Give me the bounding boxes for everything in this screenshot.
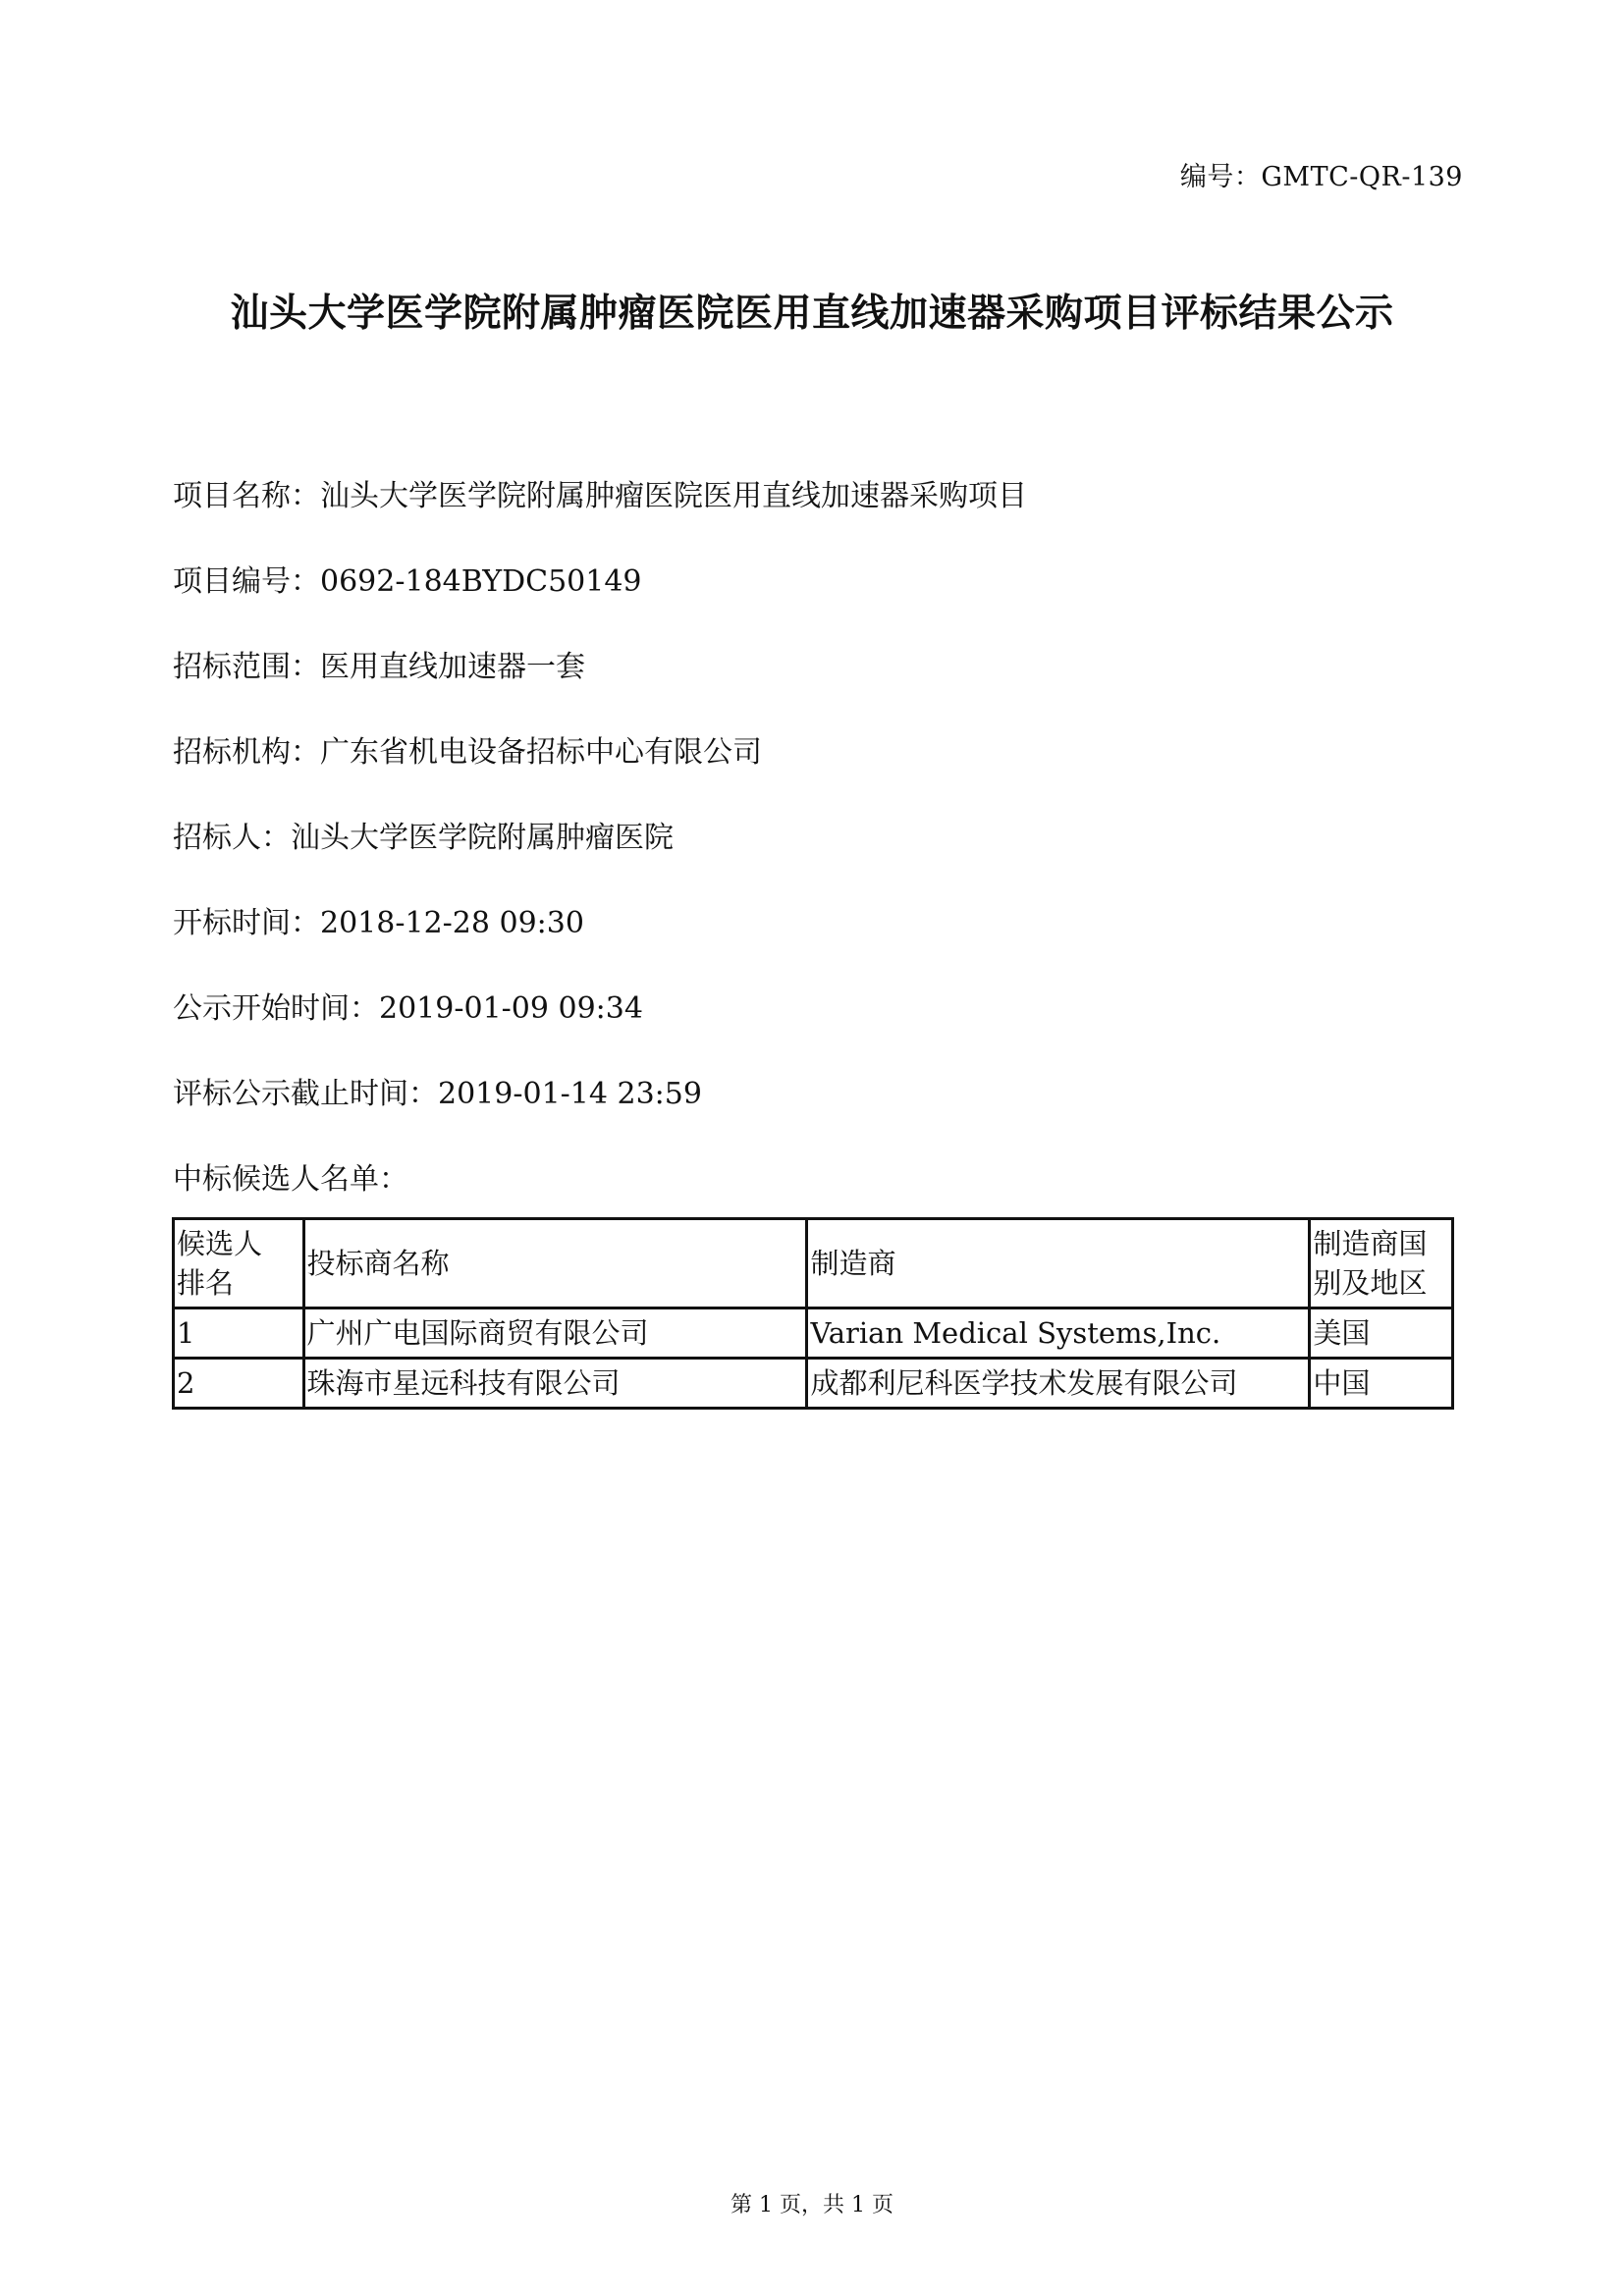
field-tender-scope: 招标范围：医用直线加速器一套 xyxy=(173,642,585,685)
header-country-line2: 别及地区 xyxy=(1313,1266,1427,1300)
cell-bidder: 广州广电国际商贸有限公司 xyxy=(303,1308,807,1359)
field-value: 广东省机电设备招标中心有限公司 xyxy=(320,735,762,770)
field-value: 2019-01-09 09:34 xyxy=(379,991,643,1026)
cell-country: 美国 xyxy=(1310,1308,1453,1359)
field-bid-opening-time: 开标时间：2018-12-28 09:30 xyxy=(173,898,584,941)
field-value: 汕头大学医学院附属肿瘤医院 xyxy=(291,821,674,855)
candidates-list-heading: 中标候选人名单： xyxy=(173,1154,408,1198)
field-value: 汕头大学医学院附属肿瘤医院医用直线加速器采购项目 xyxy=(320,479,1027,513)
field-label: 中标候选人名单： xyxy=(173,1162,408,1197)
field-publicity-start-time: 公示开始时间：2019-01-09 09:34 xyxy=(173,984,643,1027)
field-label: 评标公示截止时间： xyxy=(173,1077,438,1111)
field-value: 2019-01-14 23:59 xyxy=(438,1077,702,1111)
field-value: 医用直线加速器一套 xyxy=(320,650,585,684)
table-row: 1 广州广电国际商贸有限公司 Varian Medical Systems,In… xyxy=(174,1308,1453,1359)
cell-manufacturer: Varian Medical Systems,Inc. xyxy=(807,1308,1310,1359)
header-country: 制造商国 别及地区 xyxy=(1310,1219,1453,1308)
field-label: 招标范围： xyxy=(173,650,320,684)
field-label: 项目名称： xyxy=(173,479,320,513)
page-title: 汕头大学医学院附属肿瘤医院医用直线加速器采购项目评标结果公示 xyxy=(0,283,1624,338)
header-manufacturer: 制造商 xyxy=(807,1219,1310,1308)
field-value: 0692-184BYDC50149 xyxy=(320,564,642,599)
field-label: 公示开始时间： xyxy=(173,991,379,1026)
cell-rank: 1 xyxy=(174,1308,304,1359)
field-label: 招标人： xyxy=(173,821,291,855)
document-code: 编号：GMTC-QR-139 xyxy=(1180,155,1463,193)
field-tender-agency: 招标机构：广东省机电设备招标中心有限公司 xyxy=(173,727,762,771)
header-bidder: 投标商名称 xyxy=(303,1219,807,1308)
field-label: 项目编号： xyxy=(173,564,320,599)
header-rank-line1: 候选人 xyxy=(177,1227,262,1260)
header-rank-line2: 排名 xyxy=(177,1266,234,1300)
cell-bidder: 珠海市星远科技有限公司 xyxy=(303,1359,807,1409)
field-project-number: 项目编号：0692-184BYDC50149 xyxy=(173,557,642,600)
header-rank: 候选人 排名 xyxy=(174,1219,304,1308)
cell-manufacturer: 成都利尼科医学技术发展有限公司 xyxy=(807,1359,1310,1409)
field-label: 招标机构： xyxy=(173,735,320,770)
table-header-row: 候选人 排名 投标商名称 制造商 制造商国 别及地区 xyxy=(174,1219,1453,1308)
field-label: 开标时间： xyxy=(173,906,320,940)
cell-country: 中国 xyxy=(1310,1359,1453,1409)
table-row: 2 珠海市星远科技有限公司 成都利尼科医学技术发展有限公司 中国 xyxy=(174,1359,1453,1409)
field-project-name: 项目名称：汕头大学医学院附属肿瘤医院医用直线加速器采购项目 xyxy=(173,471,1027,514)
field-publicity-end-time: 评标公示截止时间：2019-01-14 23:59 xyxy=(173,1069,702,1112)
cell-rank: 2 xyxy=(174,1359,304,1409)
header-country-line1: 制造商国 xyxy=(1313,1227,1427,1260)
page-number-footer: 第 1 页，共 1 页 xyxy=(0,2188,1624,2218)
field-value: 2018-12-28 09:30 xyxy=(320,906,584,940)
candidates-table: 候选人 排名 投标商名称 制造商 制造商国 别及地区 1 广州广电国际商贸有限公… xyxy=(172,1217,1454,1410)
field-tenderer: 招标人：汕头大学医学院附属肿瘤医院 xyxy=(173,813,674,856)
